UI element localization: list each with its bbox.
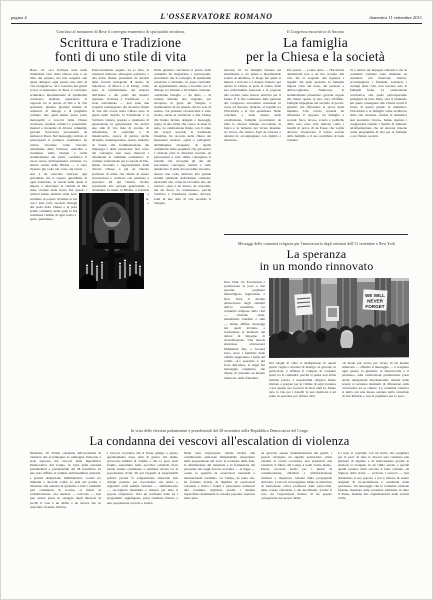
placard-text-line: FORGET [365,304,384,309]
article-body: Ancona, 10. La famiglia fondata sul matr… [224,68,407,226]
orthodox-photo-illustration [79,193,144,289]
newspaper-page: pagina 4 L'OSSERVATORE ROMANO domenica 1… [0,0,433,600]
article-scrittura-tradizione: Concluso al monastero di Bose il convegn… [30,30,211,422]
article-speranza: Messaggi delle comunità religiose per l'… [224,242,409,422]
article-column: New York, 10. Esortazioni a promuovere l… [224,280,265,421]
header-rule [11,23,422,24]
protest-photo-illustration: WE WILL NEVER FORGET [269,278,409,358]
article-headline: La condanna dei vescovi all'escalation d… [30,435,409,448]
article-column: Nella nota l'episcopato chiede inoltre a… [184,451,255,588]
article-headline: La famiglia per la Chiesa e la società [224,36,407,64]
section-divider-rule [224,234,408,235]
article-headline: La speranza in un mondo rinnovato [224,248,409,273]
article-famiglia: Il Congresso eucaristico di Ancona La fa… [224,30,407,233]
headline-line-2: in un mondo rinnovato [260,259,374,273]
placard-text-line: NEVER [367,299,384,304]
article-column: Ancona, 10. La famiglia fondata sul matr… [224,68,281,226]
placard-text-line: WE WILL [365,293,385,298]
headline-line-2: fonti di uno stile di vita [55,49,187,64]
article-body-below-photo: Nei luoghi di culto si moltiplicano in q… [269,361,409,421]
cross-horizontal [94,243,129,249]
article-column: Per questo — è stato detto — l'Eucaristi… [287,68,344,226]
article-column: La nota si conclude con un invito alla p… [338,451,409,588]
article-kicker: Messaggi delle comunità religiose per l'… [224,242,409,246]
placard-portrait [328,308,337,317]
article-headline: Scrittura e Tradizione fonti di uno stil… [30,36,211,64]
article-kicker: In vista delle elezioni parlamentari e p… [30,429,409,433]
photo-orthodox-cross-candles [77,191,146,291]
headline-line-1: La famiglia [283,35,348,50]
headline-line-2: per la Chiesa e la società [246,49,385,64]
photo-new-york-march: WE WILL NEVER FORGET [269,278,409,358]
article-body: Kinshasa, 10. Ferma condanna dell'escala… [30,451,409,588]
article-kicker: Il Congresso eucaristico di Ancona [224,30,407,34]
masthead-title: L'OSSERVATORE ROMANO [1,12,432,21]
issue-date: domenica 11 settembre 2011 [369,15,422,20]
article-column: Vi è inoltre un impegno educativo che le… [350,68,407,226]
article-column: I vescovi ricordano che il Paese giunge … [107,451,178,588]
article-column: Nei luoghi di culto si moltiplicano in q… [269,361,336,421]
headline-line-1: Scrittura e Tradizione [60,35,181,50]
article-column: Nella giornata conclusiva il priore dell… [154,68,211,414]
article-column: Kinshasa, 10. Ferma condanna dell'escala… [30,451,101,588]
article-column: «Il modo più sicuro per vivere in un mon… [342,361,409,421]
article-kicker: Concluso al monastero di Bose il convegn… [30,30,211,34]
article-congo: In vista delle elezioni parlamentari e p… [30,429,409,596]
article-column: Ai giovani, spesso strumentalizzati dai … [261,451,332,588]
